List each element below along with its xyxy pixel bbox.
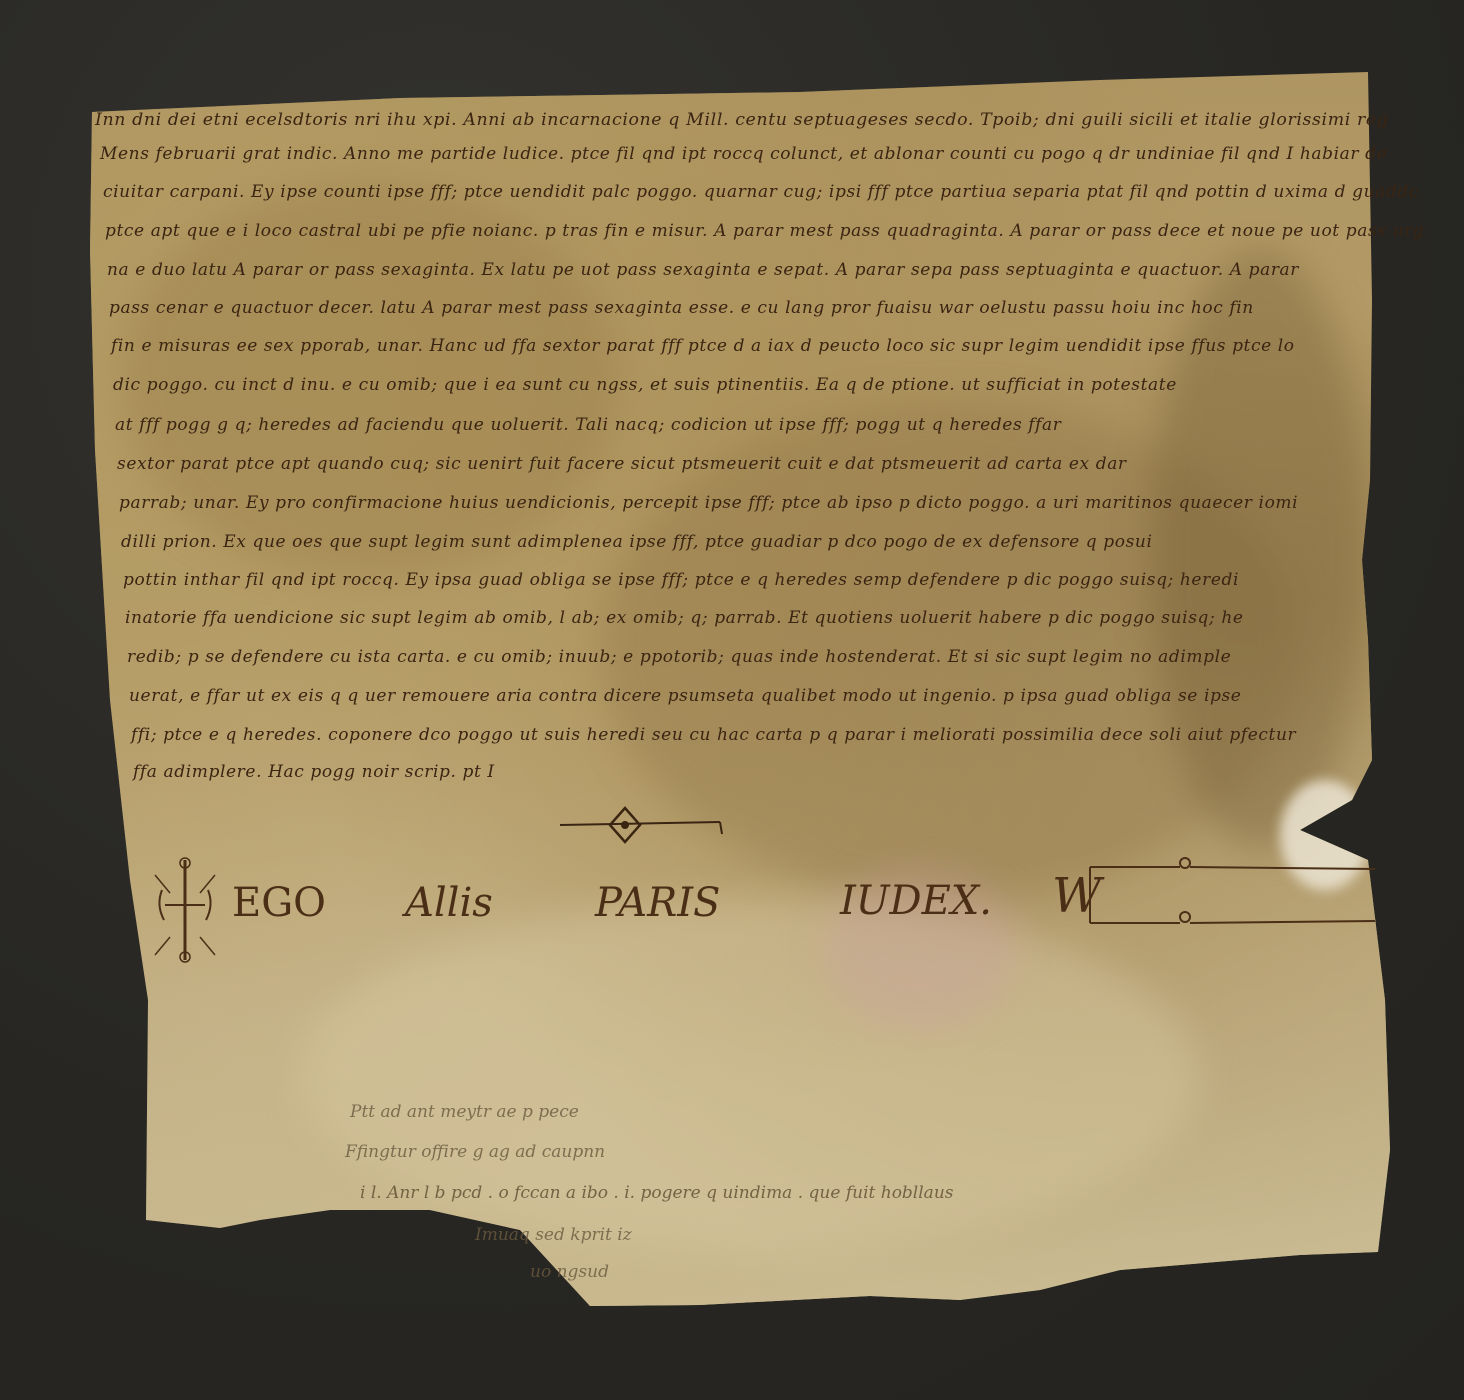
marginal-note: Imuaq sed kprit iz: [475, 1225, 632, 1245]
text-line: na e duo latu A parar or pass sexaginta.…: [107, 260, 1299, 280]
text-line: ciuitar carpani. Ey ipse counti ipse fff…: [103, 182, 1419, 202]
text-line: ptce apt que e i loco castral ubi pe pfi…: [105, 221, 1424, 241]
text-line: parrab; unar. Ey pro confirmacione huius…: [119, 493, 1298, 513]
signature-paris: PARIS: [595, 880, 720, 926]
signature-iudex: IUDEX.: [840, 878, 992, 924]
marginal-note: i l. Anr l b pcd . o fccan a ibo . i. po…: [360, 1183, 954, 1203]
signature-ego: EGO: [232, 880, 326, 926]
text-line: fin e misuras ee sex pporab, unar. Hanc …: [111, 336, 1295, 356]
text-line: Inn dni dei etni ecelsdtoris nri ihu xpi…: [95, 110, 1389, 130]
text-line: ffi; ptce e q heredes. coponere dco pogg…: [131, 725, 1296, 745]
text-line: dic poggo. cu inct d inu. e cu omib; que…: [113, 375, 1177, 395]
text-line: uerat, e ffar ut ex eis q q uer remouere…: [129, 686, 1241, 706]
signum-cross-icon: [150, 855, 220, 965]
marginal-note: Ptt ad ant meytr ae p pece: [350, 1102, 579, 1122]
text-line: at fff pogg g q; heredes ad faciendu que…: [115, 415, 1062, 435]
text-line: pass cenar e quactuor decer. latu A para…: [109, 298, 1254, 318]
notary-bracket-ornament: [1080, 855, 1380, 935]
text-line: pottin inthar fil qnd ipt roccq. Ey ipsa…: [123, 570, 1239, 590]
text-line: inatorie ffa uendicione sic supt legim a…: [125, 608, 1244, 628]
text-line: redib; p se defendere cu ista carta. e c…: [127, 647, 1231, 667]
text-line: ffa adimplere. Hac pogg noir scrip. pt I: [133, 762, 495, 782]
signature-name: Allis: [405, 880, 493, 926]
text-line: Mens februarii grat indic. Anno me parti…: [100, 144, 1387, 164]
text-line: sextor parat ptce apt quando cuq; sic ue…: [117, 454, 1127, 474]
lozenge-line-ornament: [560, 800, 740, 850]
text-line: dilli prion. Ex que oes que supt legim s…: [121, 532, 1152, 552]
marginal-note: uo ngsud: [530, 1262, 609, 1282]
marginal-note: Ffingtur offire g ag ad caupnn: [345, 1142, 605, 1162]
